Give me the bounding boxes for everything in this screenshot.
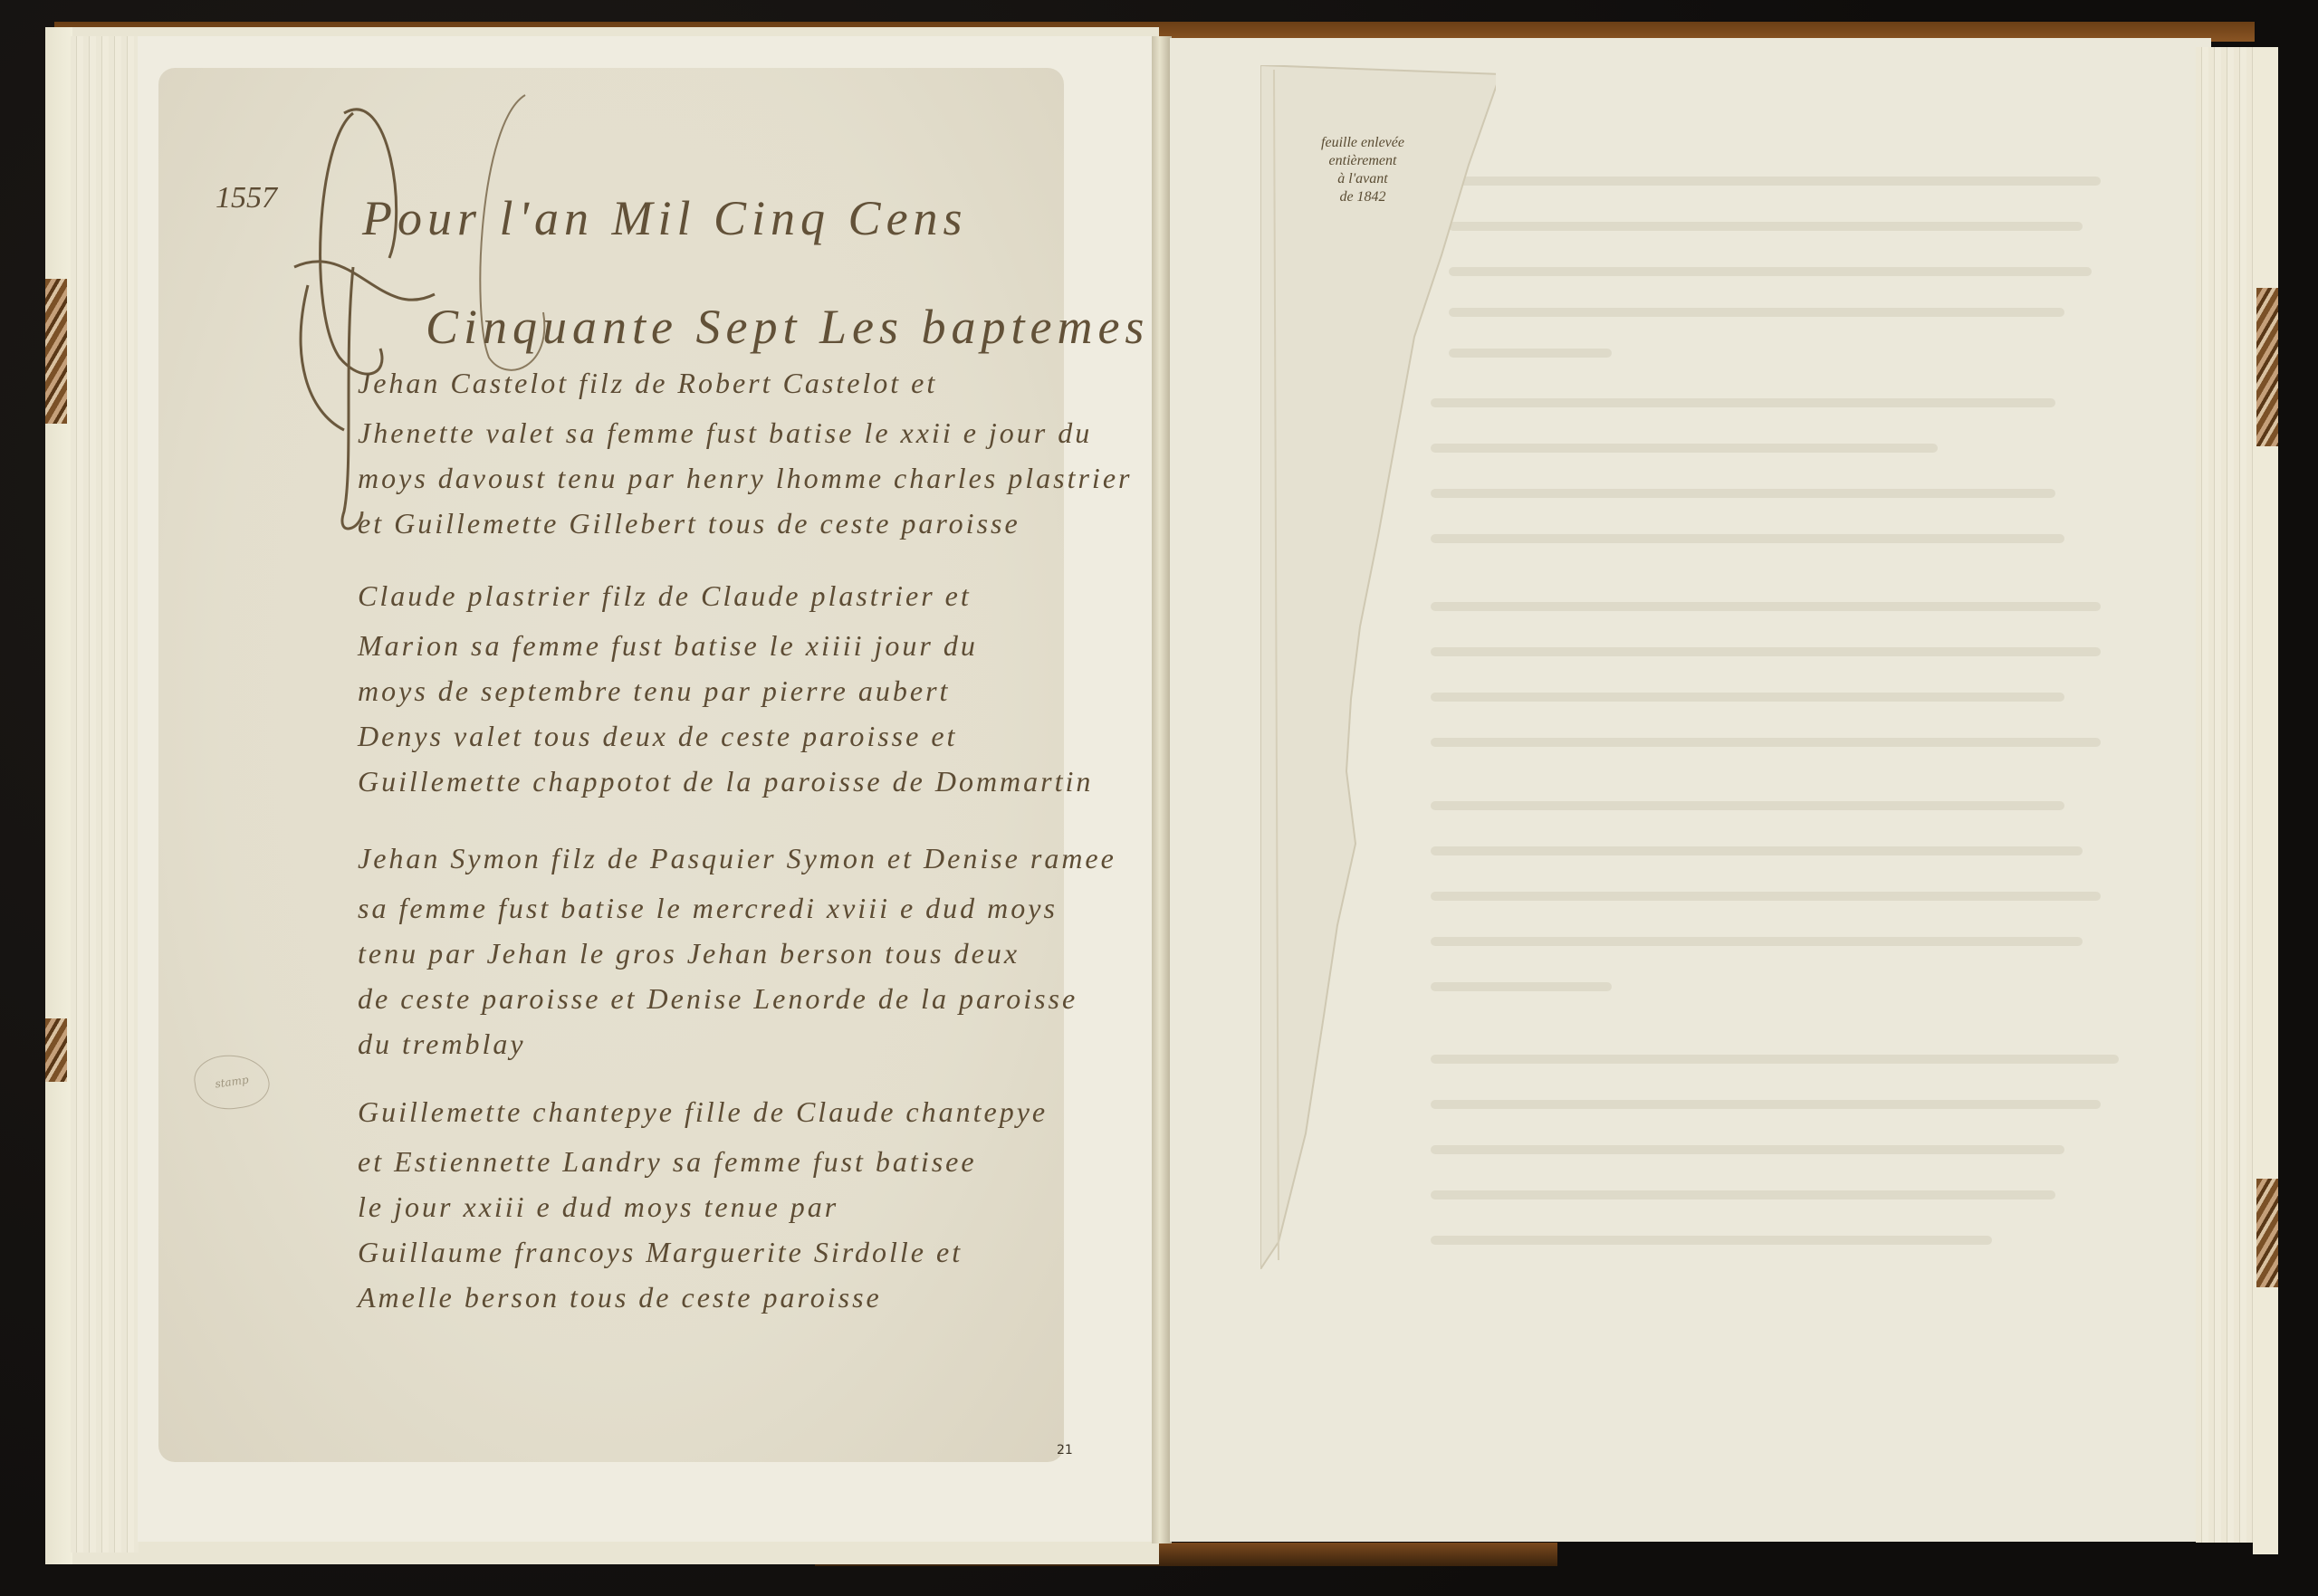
left-cover-edge — [45, 27, 72, 1564]
marbled-edge — [2256, 1179, 2278, 1287]
bleed-through-line — [1449, 222, 2083, 231]
entry-1-line: Jehan Castelot filz de Robert Castelot e… — [358, 367, 937, 400]
folio-number: 21 — [1057, 1443, 1073, 1457]
bleed-through-line — [1449, 177, 2101, 186]
bleed-through-line — [1431, 534, 2064, 543]
right-cover-edge — [2253, 47, 2278, 1554]
bleed-through-line — [1431, 937, 2083, 946]
bleed-through-line — [1431, 846, 2083, 855]
torn-leaf-stub — [1260, 65, 1496, 1269]
bleed-through-line — [1431, 1100, 2101, 1109]
bleed-through-line — [1431, 444, 1938, 453]
bleed-through-line — [1431, 738, 2101, 747]
bleed-through-line — [1449, 308, 2064, 317]
entry-1-line: Jhenette valet sa femme fust batise le x… — [358, 416, 1092, 450]
heading-line-1: Pour l'an Mil Cinq Cens — [362, 190, 968, 246]
entry-4-line: Amelle berson tous de ceste paroisse — [358, 1281, 882, 1314]
bleed-through-line — [1431, 801, 2064, 810]
entry-2-line: Denys valet tous deux de ceste paroisse … — [358, 720, 957, 753]
annotation-line: feuille enlevée — [1281, 134, 1444, 152]
archivist-annotation: feuille enlevée entièrement à l'avant de… — [1281, 134, 1444, 206]
bleed-through-line — [1431, 892, 2101, 901]
bleed-through-line — [1431, 647, 2101, 656]
entry-4-line: le jour xxiii e dud moys tenue par — [358, 1190, 838, 1224]
entry-3-line: de ceste paroisse et Denise Lenorde de l… — [358, 982, 1078, 1016]
bleed-through-line — [1431, 398, 2055, 407]
entry-4-line: Guillaume francoys Marguerite Sirdolle e… — [358, 1236, 963, 1269]
entry-3-line: du tremblay — [358, 1027, 526, 1061]
entry-2-line: Guillemette chappotot de la paroisse de … — [358, 765, 1093, 798]
bleed-through-line — [1431, 693, 2064, 702]
marbled-edge — [2256, 288, 2278, 446]
entry-1-line: et Guillemette Gillebert tous de ceste p… — [358, 507, 1020, 540]
bleed-through-line — [1431, 1190, 2055, 1199]
entry-2-line: moys de septembre tenu par pierre aubert — [358, 674, 950, 708]
bleed-through-line — [1431, 489, 2055, 498]
entry-4-line: et Estiennette Landry sa femme fust bati… — [358, 1145, 977, 1179]
entry-3-line: tenu par Jehan le gros Jehan berson tous… — [358, 937, 1020, 970]
bleed-through-line — [1431, 1055, 2119, 1064]
bleed-through-line — [1431, 602, 2101, 611]
bleed-through-line — [1431, 1145, 2064, 1154]
book-gutter — [1152, 36, 1172, 1543]
marbled-edge — [45, 1018, 67, 1082]
entry-3-line: sa femme fust batise le mercredi xviii e… — [358, 892, 1058, 925]
annotation-line: à l'avant — [1281, 170, 1444, 188]
annotation-line: entièrement — [1281, 152, 1444, 170]
bleed-through-line — [1431, 1236, 1992, 1245]
entry-4-line: Guillemette chantepye fille de Claude ch… — [358, 1095, 1048, 1129]
entry-2-line: Marion sa femme fust batise le xiiii jou… — [358, 629, 978, 663]
heading-line-2: Cinquante Sept Les baptemes — [426, 299, 1149, 355]
entry-3-line: Jehan Symon filz de Pasquier Symon et De… — [358, 842, 1116, 875]
entry-1-line: moys davoust tenu par henry lhomme charl… — [358, 462, 1132, 495]
entry-2-line: Claude plastrier filz de Claude plastrie… — [358, 579, 972, 613]
bleed-through-line — [1449, 267, 2092, 276]
marbled-edge — [45, 279, 67, 424]
annotation-line: de 1842 — [1281, 188, 1444, 206]
page-stack-left — [71, 36, 139, 1553]
